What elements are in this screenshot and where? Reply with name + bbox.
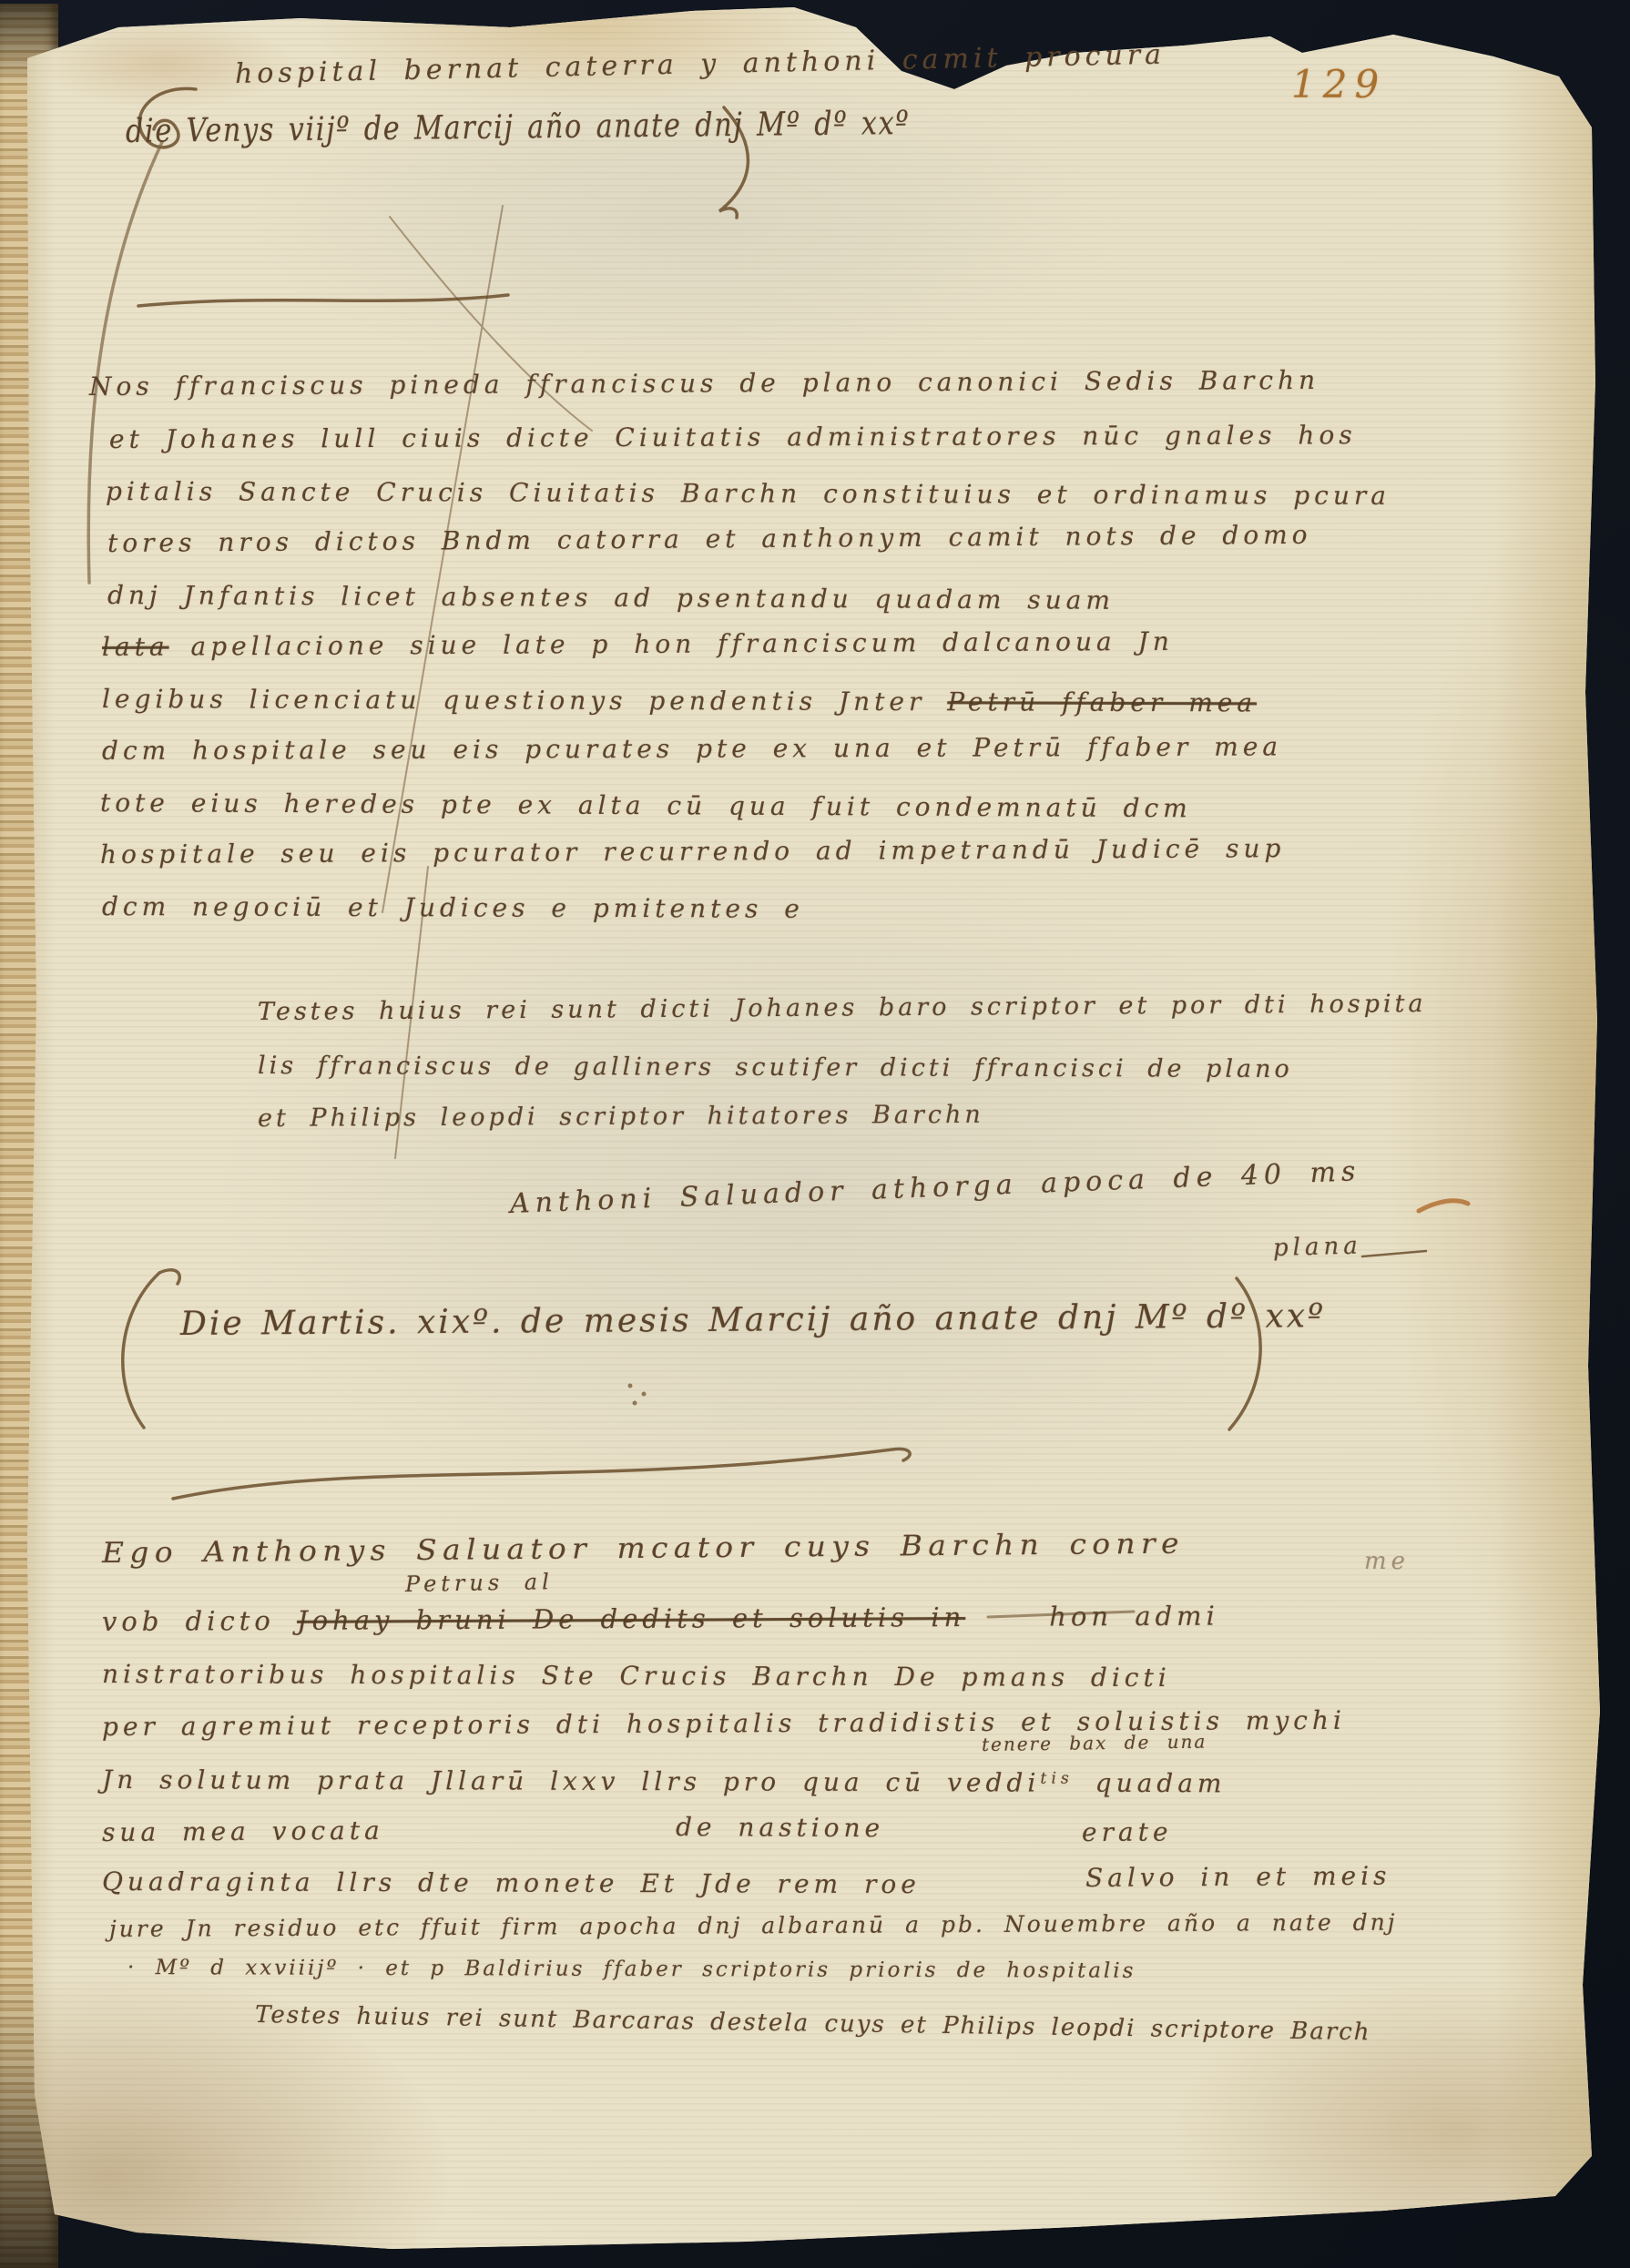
entry1-body-line: lata apellacione siue late p hon ffranci… bbox=[102, 626, 1174, 662]
line-text: apellacione siue late p hon ffranciscum … bbox=[169, 626, 1174, 662]
entry1-body-line: legibus licenciatu questionys pendentis … bbox=[102, 684, 1257, 717]
signature-trailing-dash bbox=[1362, 1251, 1426, 1256]
line-text: hospitale seu eis pcurator recurrendo ad… bbox=[100, 833, 1286, 870]
line-text: · Mº d xxviiijº · et p Baldirius ffaber … bbox=[127, 1956, 1136, 1983]
struck-text: Petrū ffaber mea bbox=[947, 687, 1257, 717]
struck-text: Johay bruni De dedits et solutis in bbox=[297, 1602, 965, 1636]
entry1-body-line: Nos ffranciscus pineda ffranciscus de pl… bbox=[89, 365, 1319, 402]
line-text: legibus licenciatu questionys pendentis … bbox=[102, 684, 947, 717]
entry2-interlinear-insertion: Petrus al bbox=[405, 1569, 554, 1597]
entry2-faded-word: me bbox=[1364, 1548, 1410, 1575]
entry1-body-line: dcm hospitale seu eis pcurates pte ex un… bbox=[102, 731, 1282, 766]
line-text: Jn solutum prata Jllarū lxxv llrs pro qu… bbox=[102, 1765, 1040, 1798]
line-text: hon admi bbox=[1049, 1601, 1219, 1632]
struck-text: lata bbox=[102, 632, 169, 662]
entry2-body-fragment: de nastione bbox=[676, 1812, 884, 1843]
superscript-text: tis bbox=[1040, 1770, 1074, 1788]
notary-signature-note: plana bbox=[1273, 1232, 1362, 1262]
line-text: dcm hospitale seu eis pcurates pte ex un… bbox=[102, 731, 1282, 766]
underline-date1 bbox=[138, 295, 508, 306]
ink-dots bbox=[633, 1401, 637, 1406]
line-text: quadam bbox=[1074, 1768, 1227, 1799]
ink-dots bbox=[628, 1384, 633, 1388]
line-text: et Johanes lull ciuis dicte Ciuitatis ad… bbox=[109, 420, 1357, 454]
entry1-body-line: pitalis Sancte Crucis Ciuitatis Barchn c… bbox=[106, 476, 1391, 511]
line-text: tote eius heredes pte ex alta cū qua fui… bbox=[100, 788, 1192, 823]
brace-entry2-left bbox=[123, 1270, 179, 1428]
entry1-body-line: tote eius heredes pte ex alta cū qua fui… bbox=[100, 788, 1192, 823]
entry1-witness-line: lis ffranciscus de galliners scutifer di… bbox=[258, 1052, 1293, 1083]
ink-dots bbox=[642, 1392, 647, 1397]
line-text: Nos ffranciscus pineda ffranciscus de pl… bbox=[89, 365, 1319, 402]
manuscript-photo: hospital bernat caterra y anthoni camit … bbox=[0, 0, 1630, 2268]
entry2-body-fragment: Salvo in et meis bbox=[1085, 1861, 1391, 1893]
entry2-body-fragment: Quadraginta llrs dte monete Et Jde rem r… bbox=[102, 1866, 921, 1899]
entry2-date-line: Die Martis. xixº. de mesis Marcij año an… bbox=[180, 1297, 1326, 1343]
entry2-body-line: vob dicto Johay bruni De dedits et solut… bbox=[102, 1601, 1219, 1637]
line-text: vob dicto bbox=[102, 1605, 297, 1637]
entry1-body-line: dcm negociū et Judices e pmitentes e bbox=[102, 891, 804, 924]
entry1-body-line: et Johanes lull ciuis dicte Ciuitatis ad… bbox=[109, 420, 1357, 454]
margin-tick-orange bbox=[1419, 1201, 1468, 1211]
entry2-body-line: · Mº d xxviiijº · et p Baldirius ffaber … bbox=[127, 1956, 1136, 1983]
paraph-entry1-tail bbox=[88, 142, 162, 583]
line-text: nistratoribus hospitalis Ste Crucis Barc… bbox=[102, 1659, 1171, 1693]
line-text: dnj Jnfantis licet absentes ad psentandu… bbox=[107, 580, 1115, 615]
line-text: pitalis Sancte Crucis Ciuitatis Barchn c… bbox=[106, 476, 1391, 511]
folio-number: 129 bbox=[1291, 62, 1386, 107]
entry1-body-line: hospitale seu eis pcurator recurrendo ad… bbox=[100, 833, 1286, 870]
entry2-body-fragment: sua mea vocata bbox=[102, 1815, 384, 1847]
entry2-interlinear-insertion: tenere bax de una bbox=[982, 1731, 1207, 1755]
entry2-body-fragment: erate bbox=[1082, 1816, 1173, 1847]
entry1-body-line: dnj Jnfantis licet absentes ad psentandu… bbox=[107, 580, 1115, 615]
entry2-body-line: nistratoribus hospitalis Ste Crucis Barc… bbox=[102, 1659, 1171, 1693]
entry1-witness-line: et Philips leopdi scriptor hitatores Bar… bbox=[258, 1101, 984, 1133]
entry2-body-line: Jn solutum prata Jllarū lxxv llrs pro qu… bbox=[102, 1765, 1227, 1798]
line-text: dcm negociū et Judices e pmitentes e bbox=[102, 891, 804, 924]
flourish-under-date2 bbox=[173, 1449, 910, 1499]
